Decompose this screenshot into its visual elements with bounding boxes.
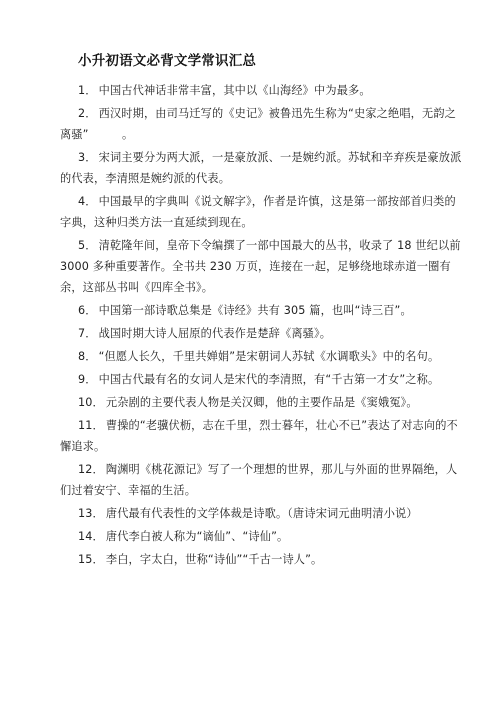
item-number: 12． [78, 463, 104, 476]
item-number: 13． [78, 507, 104, 520]
item-text: 中国古代神话非常丰富，其中以《山海经》中为最多。 [99, 84, 371, 97]
list-item-5: 5．清乾隆年间，皇帝下令编撰了一部中国最大的丛书，收录了 18 世纪以前 300… [60, 235, 465, 298]
list-item-13: 13．唐代最有代表性的文学体裁是诗歌。（唐诗宋词元曲明清小说） [60, 503, 465, 524]
list-item-2: 2．西汉时期，由司马迁写的《史记》被鲁迅先生称为“史家之绝唱，无韵之离骚” 。 [60, 103, 465, 145]
item-number: 3． [78, 151, 97, 164]
item-number: 7． [78, 327, 97, 340]
list-item-6: 6．中国第一部诗歌总集是《诗经》共有 305 篇，也叫“诗三百”。 [60, 300, 465, 321]
list-item-9: 9．中国古代最有名的女词人是宋代的李清照，有“千古第一才女”之称。 [60, 369, 465, 390]
item-text: “但愿人长久，千里共婵娟”是宋朝词人苏轼《水调歌头》中的名句。 [99, 350, 440, 363]
item-text: 战国时期大诗人屈原的代表作是楚辞《离骚》。 [99, 327, 332, 340]
item-text: 中国古代最有名的女词人是宋代的李清照，有“千古第一才女”之称。 [99, 373, 440, 386]
item-number: 9． [78, 373, 97, 386]
item-number: 6． [78, 304, 97, 317]
item-number: 1． [78, 84, 97, 97]
item-number: 15． [78, 553, 104, 566]
item-text: 李白，字太白，世称“诗仙”“千古一诗人”。 [106, 553, 323, 566]
item-text: 西汉时期，由司马迁写的《史记》被鲁迅先生称为“史家之绝唱，无韵之离骚” 。 [60, 107, 456, 141]
item-number: 11． [78, 419, 104, 432]
list-item-15: 15．李白，字太白，世称“诗仙”“千古一诗人”。 [60, 549, 465, 570]
item-text: 陶渊明《桃花源记》写了一个理想的世界，那儿与外面的世界隔绝，人们过着安宁、幸福的… [60, 463, 457, 497]
item-number: 8． [78, 350, 97, 363]
item-number: 4． [78, 195, 97, 208]
list-item-11: 11．曹操的“老骥伏枥，志在千里，烈士暮年，壮心不已”表达了对志向的不懈追求。 [60, 415, 465, 457]
item-text: 中国第一部诗歌总集是《诗经》共有 305 篇，也叫“诗三百”。 [99, 304, 412, 317]
item-text: 唐代李白被人称为“谪仙”、“诗仙”。 [106, 530, 289, 543]
list-item-14: 14．唐代李白被人称为“谪仙”、“诗仙”。 [60, 526, 465, 547]
item-text: 中国最早的字典叫《说文解字》，作者是许慎，这是第一部按部首归类的字典，这种归类方… [60, 195, 456, 229]
list-item-3: 3．宋词主要分为两大派，一是豪放派、一是婉约派。苏轼和辛弃疾是豪放派的代表，李清… [60, 147, 465, 189]
document-page: 小升初语文必背文学常识汇总 1．中国古代神话非常丰富，其中以《山海经》中为最多。… [60, 50, 465, 570]
document-title: 小升初语文必背文学常识汇总 [78, 50, 465, 72]
item-text: 曹操的“老骥伏枥，志在千里，烈士暮年，壮心不已”表达了对志向的不懈追求。 [60, 419, 458, 453]
item-number: 10． [78, 396, 104, 409]
item-text: 宋词主要分为两大派，一是豪放派、一是婉约派。苏轼和辛弃疾是豪放派的代表，李清照是… [60, 151, 461, 185]
item-text: 清乾隆年间，皇帝下令编撰了一部中国最大的丛书，收录了 18 世纪以前 3000 … [60, 239, 461, 294]
list-item-10: 10．元杂剧的主要代表人物是关汉卿，他的主要作品是《窦娥冤》。 [60, 392, 465, 413]
list-item-7: 7．战国时期大诗人屈原的代表作是楚辞《离骚》。 [60, 323, 465, 344]
item-text: 唐代最有代表性的文学体裁是诗歌。（唐诗宋词元曲明清小说） [106, 507, 418, 520]
list-item-4: 4．中国最早的字典叫《说文解字》，作者是许慎，这是第一部按部首归类的字典，这种归… [60, 191, 465, 233]
item-number: 2． [78, 107, 97, 120]
item-number: 14． [78, 530, 104, 543]
list-item-1: 1．中国古代神话非常丰富，其中以《山海经》中为最多。 [60, 80, 465, 101]
list-item-8: 8．“但愿人长久，千里共婵娟”是宋朝词人苏轼《水调歌头》中的名句。 [60, 346, 465, 367]
list-item-12: 12．陶渊明《桃花源记》写了一个理想的世界，那儿与外面的世界隔绝，人们过着安宁、… [60, 459, 465, 501]
item-text: 元杂剧的主要代表人物是关汉卿，他的主要作品是《窦娥冤》。 [106, 396, 418, 409]
item-number: 5． [78, 239, 97, 252]
